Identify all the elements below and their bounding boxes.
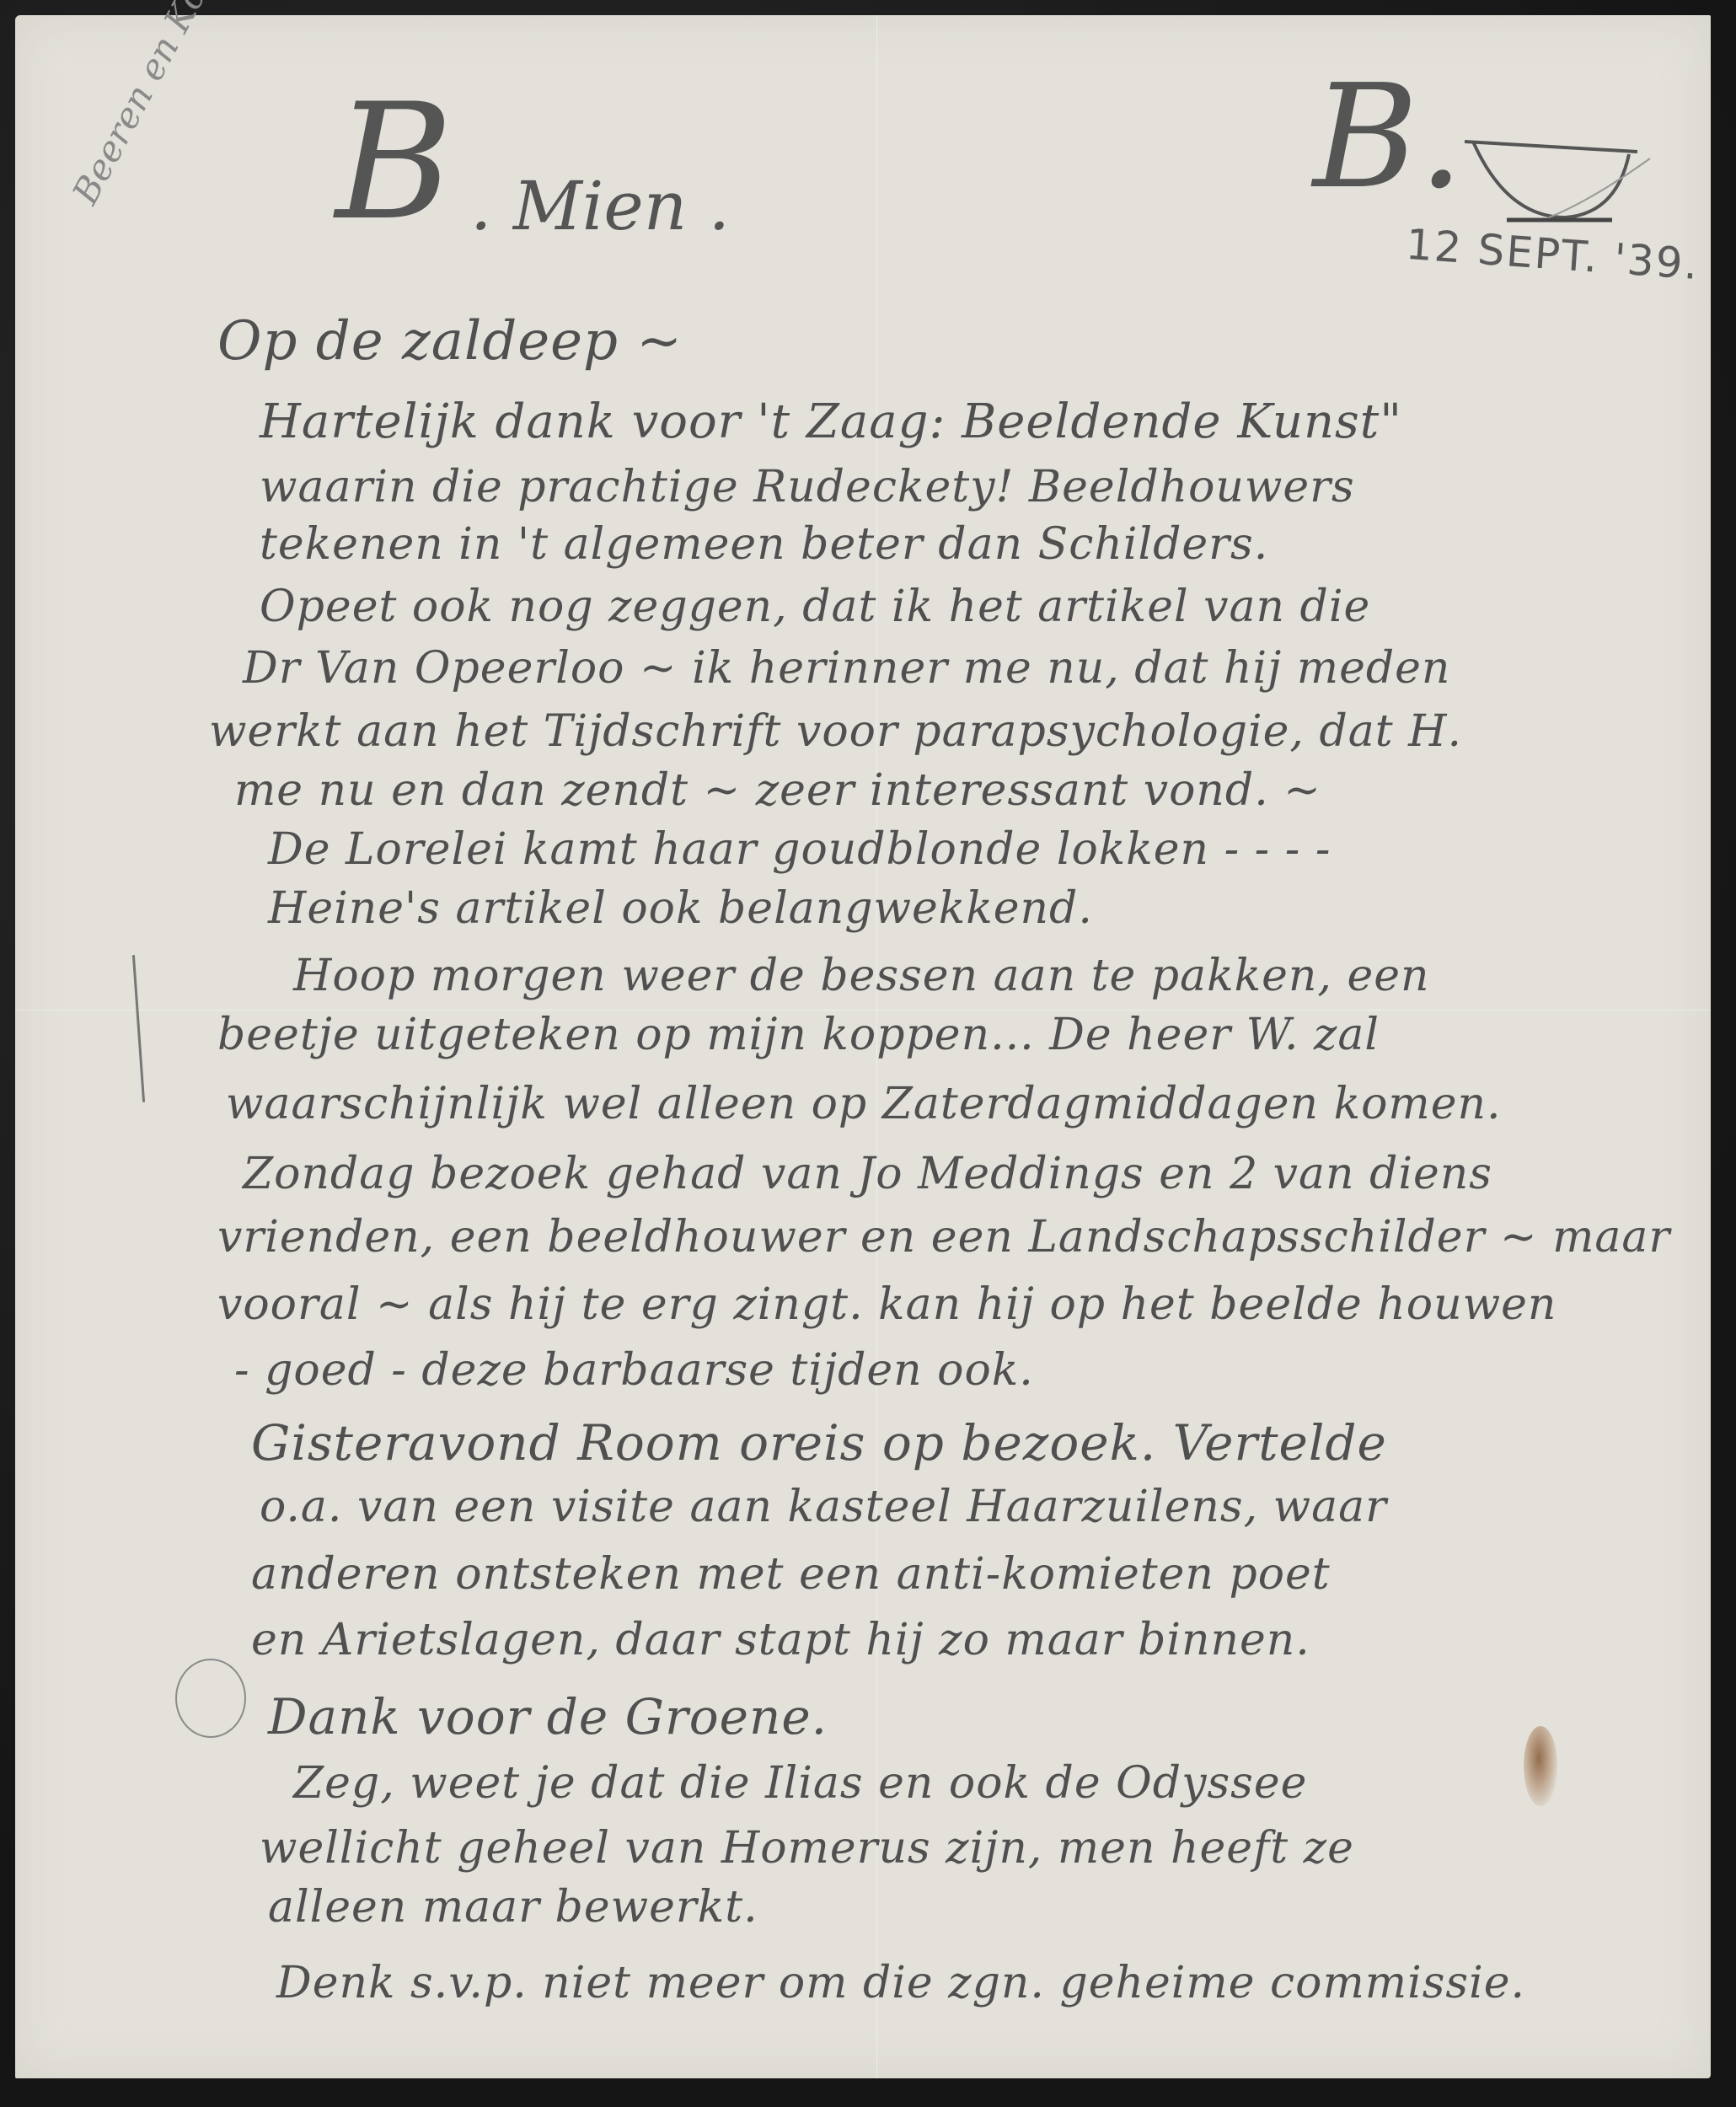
salutation: . Mien . bbox=[470, 167, 730, 245]
letter-line: werkt aan het Tijdschrift voor parapsych… bbox=[209, 706, 1462, 757]
letter-line: De Lorelei kamt haar goudblonde lokken -… bbox=[268, 824, 1331, 875]
letter-line: Hartelijk dank voor 't Zaag: Beeldende K… bbox=[260, 394, 1402, 449]
letter-line: Op de zaldeep ~ bbox=[217, 310, 683, 373]
letter-line: Heine's artikel ook belangwekkend. bbox=[268, 883, 1093, 934]
letter-line: o.a. van een visite aan kasteel Haarzuil… bbox=[260, 1482, 1387, 1532]
letter-line: Gisteravond Room oreis op bezoek. Vertel… bbox=[251, 1414, 1387, 1472]
letter-line: vrienden, een beeldhouwer en een Landsch… bbox=[217, 1212, 1670, 1263]
monogram-right: B. bbox=[1313, 66, 1464, 209]
margin-bracket-mark bbox=[132, 955, 145, 1102]
letter-line: Hoop morgen weer de bessen aan te pakken… bbox=[293, 951, 1429, 1001]
letter-line: alleen maar bewerkt. bbox=[268, 1882, 758, 1933]
letter-line: waarschijnlijk wel alleen op Zaterdagmid… bbox=[226, 1079, 1501, 1129]
letter-line: Opeet ook nog zeggen, dat ik het artikel… bbox=[260, 582, 1370, 632]
letter-line: anderen ontsteken met een anti-komieten … bbox=[251, 1549, 1331, 1600]
ink-stain bbox=[1524, 1726, 1557, 1806]
letter-page: Beeren en Koppen B . Mien . B. 12 SEPT. … bbox=[15, 15, 1711, 2078]
letter-line: Dr Van Opeerloo ~ ik herinner me nu, dat… bbox=[243, 643, 1450, 694]
letter-line: tekenen in 't algemeen beter dan Schilde… bbox=[260, 519, 1268, 570]
letter-line: wellicht geheel van Homerus zijn, men he… bbox=[260, 1823, 1354, 1874]
monogram-left: B bbox=[335, 83, 453, 243]
letter-line: me nu en dan zendt ~ zeer interessant vo… bbox=[234, 765, 1321, 816]
letter-line: waarin die prachtige Rudeckety! Beeldhou… bbox=[260, 462, 1355, 512]
letter-line: - goed - deze barbaarse tijden ook. bbox=[234, 1345, 1034, 1396]
letter-line: Zeg, weet je dat die Ilias en ook de Ody… bbox=[293, 1758, 1307, 1809]
letter-line: Zondag bezoek gehad van Jo Meddings en 2… bbox=[243, 1149, 1492, 1199]
letter-line: beetje uitgeteken op mijn koppen... De h… bbox=[217, 1010, 1380, 1060]
letter-line: Dank voor de Groene. bbox=[268, 1688, 828, 1745]
letter-line: Denk s.v.p. niet meer om die zgn. geheim… bbox=[276, 1958, 1525, 2008]
letter-line: vooral ~ als hij te erg zingt. kan hij o… bbox=[217, 1279, 1557, 1330]
letter-line: en Arietslagen, daar stapt hij zo maar b… bbox=[251, 1615, 1310, 1665]
circle-mark bbox=[175, 1659, 246, 1738]
margin-note: Beeren en Koppen bbox=[66, 0, 255, 211]
